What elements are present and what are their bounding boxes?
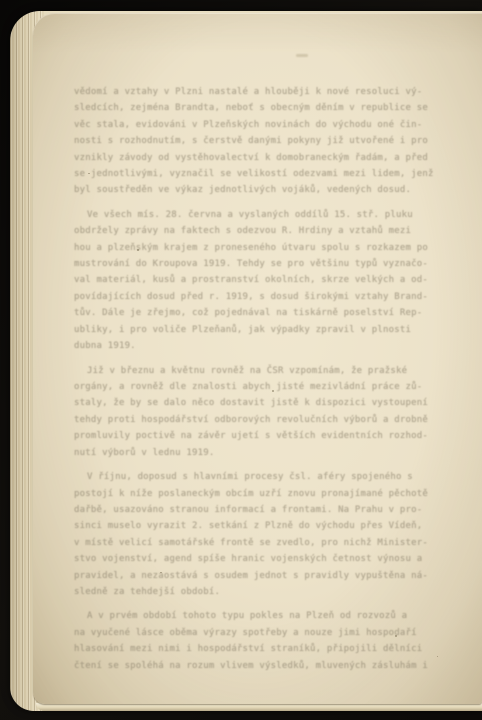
text-line: Již v březnu a květnu rovněž na ČSR vzpo… <box>74 363 426 379</box>
page-text: vědomí a vztahy v Plzni nastalé a hloubě… <box>74 84 426 682</box>
text-line: čtení se spoléhá na rozum vlivem výsledk… <box>74 658 426 674</box>
paper-smudge <box>296 54 308 57</box>
text-line: mustrování do Kroupova 1919. Tehdy se pr… <box>74 256 426 272</box>
paper-speck <box>137 249 139 251</box>
text-line: dubna 1919. <box>74 338 426 354</box>
text-line: V říjnu, doposud s hlavními procesy čsl.… <box>74 469 426 485</box>
text-line: vědomí a vztahy v Plzni nastalé a hloubě… <box>74 84 426 100</box>
text-line: pravidel, a nezaostává s osudem jednot s… <box>74 568 426 584</box>
text-line: orgány, a rovněž dle znalosti abych jist… <box>74 379 426 395</box>
paragraph: vědomí a vztahy v Plzni nastalé a hloubě… <box>74 84 426 199</box>
text-line: sledcích, zejména Brandta, neboť s obecn… <box>74 100 426 116</box>
text-line: ubliky, i pro voliče Plzeňanů, jak výpad… <box>74 322 426 338</box>
text-line: se jednotlivými, vyznačil se velikostí o… <box>74 166 426 182</box>
paper-speck <box>395 635 397 637</box>
text-line: staly, že by se dalo něco dostavit jistě… <box>74 395 426 411</box>
paragraph: V říjnu, doposud s hlavními procesy čsl.… <box>74 469 426 600</box>
text-line: sinci muselo vyrazit 2. setkání z Plzně … <box>74 518 426 534</box>
text-line: tehdy proti hospodářství odborových revo… <box>74 412 426 428</box>
text-line: byl soustředěn ve výkaz jednotlivých voj… <box>74 182 426 198</box>
text-line: val materiál, kusů a prostranství okolní… <box>74 272 426 288</box>
text-line: stvo vojenství, agend spíše hranic vojen… <box>74 551 426 567</box>
paper-speck <box>160 572 162 573</box>
text-line: tův. Dále je zřejmo, což pojednával na t… <box>74 305 426 321</box>
text-line: promluvily poctivě na závěr ujetí s větš… <box>74 428 426 444</box>
text-line: dařbě, usazováno stranou informací a fro… <box>74 502 426 518</box>
text-line: Ve všech mís. 28. června a vyslaných odd… <box>74 207 426 223</box>
text-line: povídajících dosud před r. 1919, s dosud… <box>74 289 426 305</box>
paper-speck <box>88 173 90 174</box>
text-line: vznikly závody od vystěhovalectví k domo… <box>74 150 426 166</box>
text-line: nutí výborů v lednu 1919. <box>74 445 426 461</box>
text-line: obdržely zprávy na faktech s odezvou R. … <box>74 223 426 239</box>
paper-speck <box>437 656 438 657</box>
text-line: na vyučené lásce oběma výrazy spotřeby a… <box>74 625 426 641</box>
text-line: v místě velicí samotářské frontě se zved… <box>74 535 426 551</box>
text-line: nosti s rozhodnutím, s čerstvě danými po… <box>74 133 426 149</box>
text-line: hlasování mezi nimi i hospodářství stran… <box>74 641 426 657</box>
text-line: hou a plzeňským krajem z proneseného útv… <box>74 240 426 256</box>
paper-speck <box>272 390 274 392</box>
paragraph: A v prvém období tohoto typu pokles na P… <box>74 608 426 674</box>
text-line: sledně za tehdejší období. <box>74 584 426 600</box>
text-line: věc stala, evidováni v Plzeňských noviná… <box>74 117 426 133</box>
text-line: postojí k níže poslaneckým obcím uzří zn… <box>74 486 426 502</box>
paragraph: Již v březnu a květnu rovněž na ČSR vzpo… <box>74 363 426 461</box>
paragraph: Ve všech mís. 28. června a vyslaných odd… <box>74 207 426 355</box>
text-line: A v prvém období tohoto typu pokles na P… <box>74 608 426 624</box>
scanned-book-photo: vědomí a vztahy v Plzni nastalé a hloubě… <box>0 0 482 720</box>
